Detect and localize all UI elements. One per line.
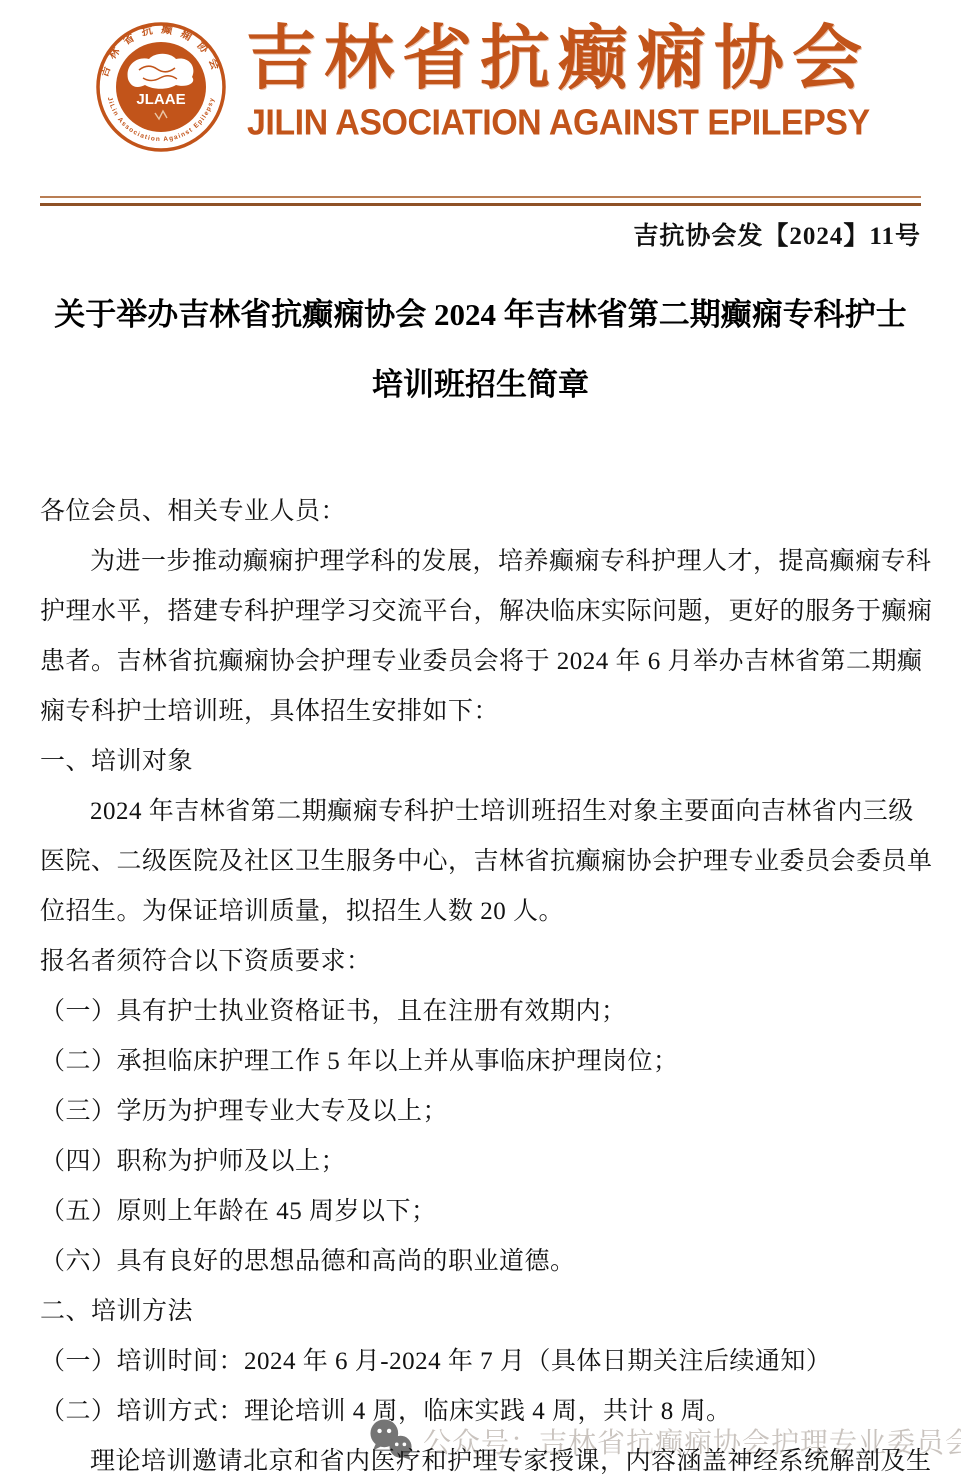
org-name-chinese: 吉林省抗癫痫协会 <box>246 16 906 104</box>
body-list-item: （六）具有良好的思想品德和高尚的职业道德。 <box>40 1237 921 1287</box>
body-line: 护理水平，搭建专科护理学习交流平台，解决临床实际问题，更好的服务于癫痫 <box>40 587 921 637</box>
document-body: 各位会员、相关专业人员： 为进一步推动癫痫护理学科的发展，培养癫痫专科护理人才，… <box>40 487 921 1481</box>
body-line: 报名者须符合以下资质要求： <box>40 937 921 987</box>
body-line: 位招生。为保证培训质量，拟招生人数 20 人。 <box>40 887 921 937</box>
org-name-english: JILIN ASOCIATION AGAINST EPILEPSY <box>247 103 870 144</box>
body-list-item: （五）原则上年龄在 45 周岁以下； <box>40 1187 921 1237</box>
document-number: 吉抗协会发【2024】11号 <box>40 216 921 252</box>
document-page: JLAAE 吉林省抗癫痫协会 JiLin Association Against… <box>0 0 961 1481</box>
body-list-item: （一）具有护士执业资格证书，且在注册有效期内； <box>40 987 921 1037</box>
body-section-heading: 二、培训方法 <box>40 1287 921 1337</box>
body-list-item: （二）承担临床护理工作 5 年以上并从事临床护理岗位； <box>40 1037 921 1087</box>
document-title: 关于举办吉林省抗癫痫协会 2024 年吉林省第二期癫痫专科护士 培训班招生简章 <box>0 294 961 406</box>
body-list-item: （一）培训时间：2024 年 6 月-2024 年 7 月（具体日期关注后续通知… <box>40 1337 921 1387</box>
body-list-item: （三）学历为护理专业大专及以上； <box>40 1087 921 1137</box>
body-list-item: （二）培训方式：理论培训 4 周，临床实践 4 周，共计 8 周。 <box>40 1387 921 1437</box>
body-line: 患者。吉林省抗癫痫协会护理专业委员会将于 2024 年 6 月举办吉林省第二期癫 <box>40 637 921 687</box>
body-section-heading: 一、培训对象 <box>40 737 921 787</box>
body-line: 医院、二级医院及社区卫生服务中心，吉林省抗癫痫协会护理专业委员会委员单 <box>40 837 921 887</box>
body-line: 理论培训邀请北京和省内医疗和护理专家授课，内容涵盖神经系统解剖及生 <box>40 1437 921 1481</box>
document-title-line2: 培训班招生简章 <box>0 364 961 406</box>
logo-abbr: JLAAE <box>136 91 185 108</box>
association-seal-logo: JLAAE 吉林省抗癫痫协会 JiLin Association Against… <box>94 20 228 154</box>
body-line: 各位会员、相关专业人员： <box>40 487 921 537</box>
body-line: 痫专科护士培训班，具体招生安排如下： <box>40 687 921 737</box>
body-list-item: （四）职称为护师及以上； <box>40 1137 921 1187</box>
document-title-line1: 关于举办吉林省抗癫痫协会 2024 年吉林省第二期癫痫专科护士 <box>0 294 961 336</box>
letterhead-divider-bottom <box>40 203 921 206</box>
body-line: 为进一步推动癫痫护理学科的发展，培养癫痫专科护理人才，提高癫痫专科 <box>40 537 921 587</box>
letterhead-divider-top <box>40 196 921 198</box>
body-line: 2024 年吉林省第二期癫痫专科护士培训班招生对象主要面向吉林省内三级 <box>40 787 921 837</box>
